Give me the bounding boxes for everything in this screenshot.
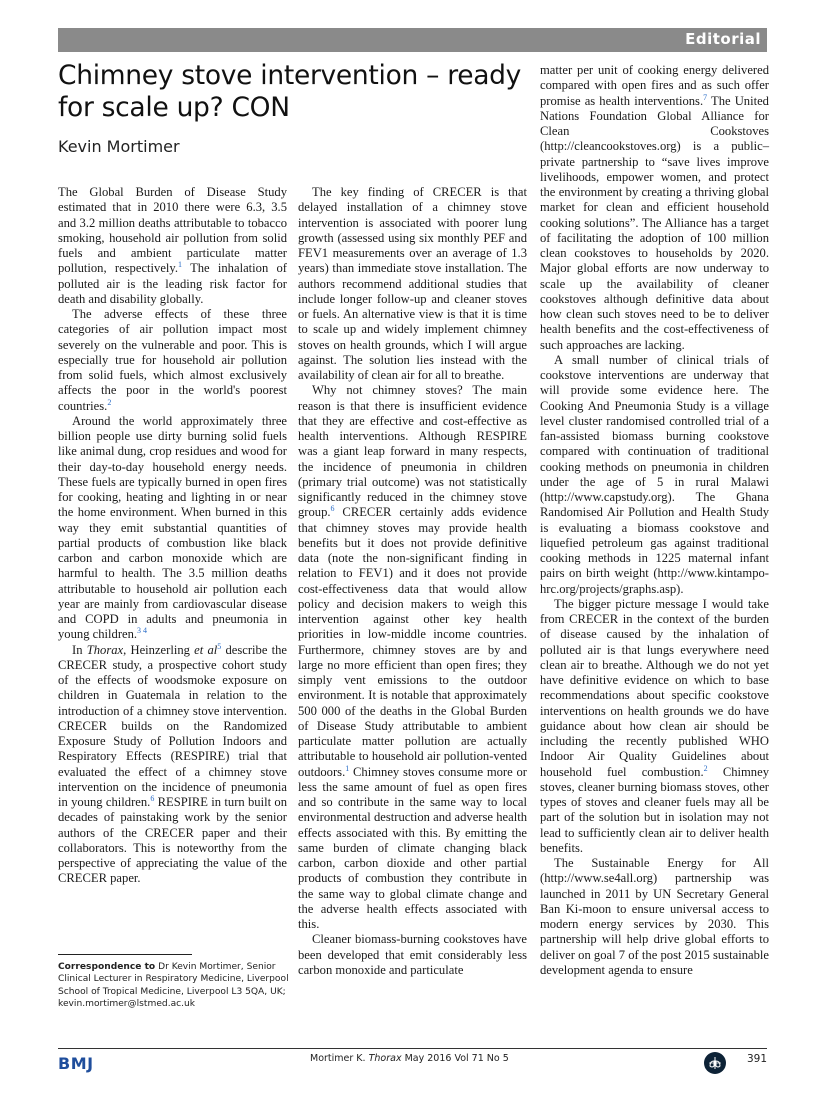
bmj-logo: BMJ bbox=[58, 1054, 94, 1073]
text-column-1: The Global Burden of Disease Study estim… bbox=[58, 185, 287, 887]
page-number: 391 bbox=[747, 1053, 767, 1065]
correspondence-divider bbox=[58, 954, 192, 955]
paragraph: The adverse effects of these three categ… bbox=[58, 307, 287, 414]
paragraph: A small number of clinical trials of coo… bbox=[540, 353, 769, 597]
correspondence-note: Correspondence to Dr Kevin Mortimer, Sen… bbox=[58, 961, 298, 1011]
reference-link[interactable]: 3 4 bbox=[137, 626, 147, 635]
paragraph: The Global Burden of Disease Study estim… bbox=[58, 185, 287, 307]
correspondence-label: Correspondence to bbox=[58, 962, 155, 972]
section-label: Editorial bbox=[685, 30, 761, 48]
paragraph: The bigger picture message I would take … bbox=[540, 597, 769, 856]
journal-emblem-icon bbox=[704, 1052, 726, 1074]
text-column-3: matter per unit of cooking energy delive… bbox=[540, 63, 769, 978]
section-header-bar: Editorial bbox=[58, 28, 767, 52]
paragraph: matter per unit of cooking energy delive… bbox=[540, 63, 769, 353]
paragraph: The key finding of CRECER is that delaye… bbox=[298, 185, 527, 383]
footer-citation: Mortimer K. Thorax May 2016 Vol 71 No 5 bbox=[310, 1053, 509, 1064]
paragraph: Why not chimney stoves? The main reason … bbox=[298, 383, 527, 932]
paragraph: Cleaner biomass-burning cookstoves have … bbox=[298, 932, 527, 978]
footer-divider bbox=[58, 1048, 767, 1049]
journal-name: Thorax bbox=[87, 643, 123, 657]
paragraph: The Sustainable Energy for All (http://w… bbox=[540, 856, 769, 978]
article-author: Kevin Mortimer bbox=[58, 137, 180, 156]
paragraph: In Thorax, Heinzerling et al5 describe t… bbox=[58, 643, 287, 887]
article-title: Chimney stove intervention – ready for s… bbox=[58, 60, 528, 124]
paragraph: Around the world approximately three bil… bbox=[58, 414, 287, 643]
text-column-2: The key finding of CRECER is that delaye… bbox=[298, 185, 527, 978]
reference-link[interactable]: 2 bbox=[107, 397, 111, 406]
lungs-icon bbox=[707, 1055, 723, 1071]
